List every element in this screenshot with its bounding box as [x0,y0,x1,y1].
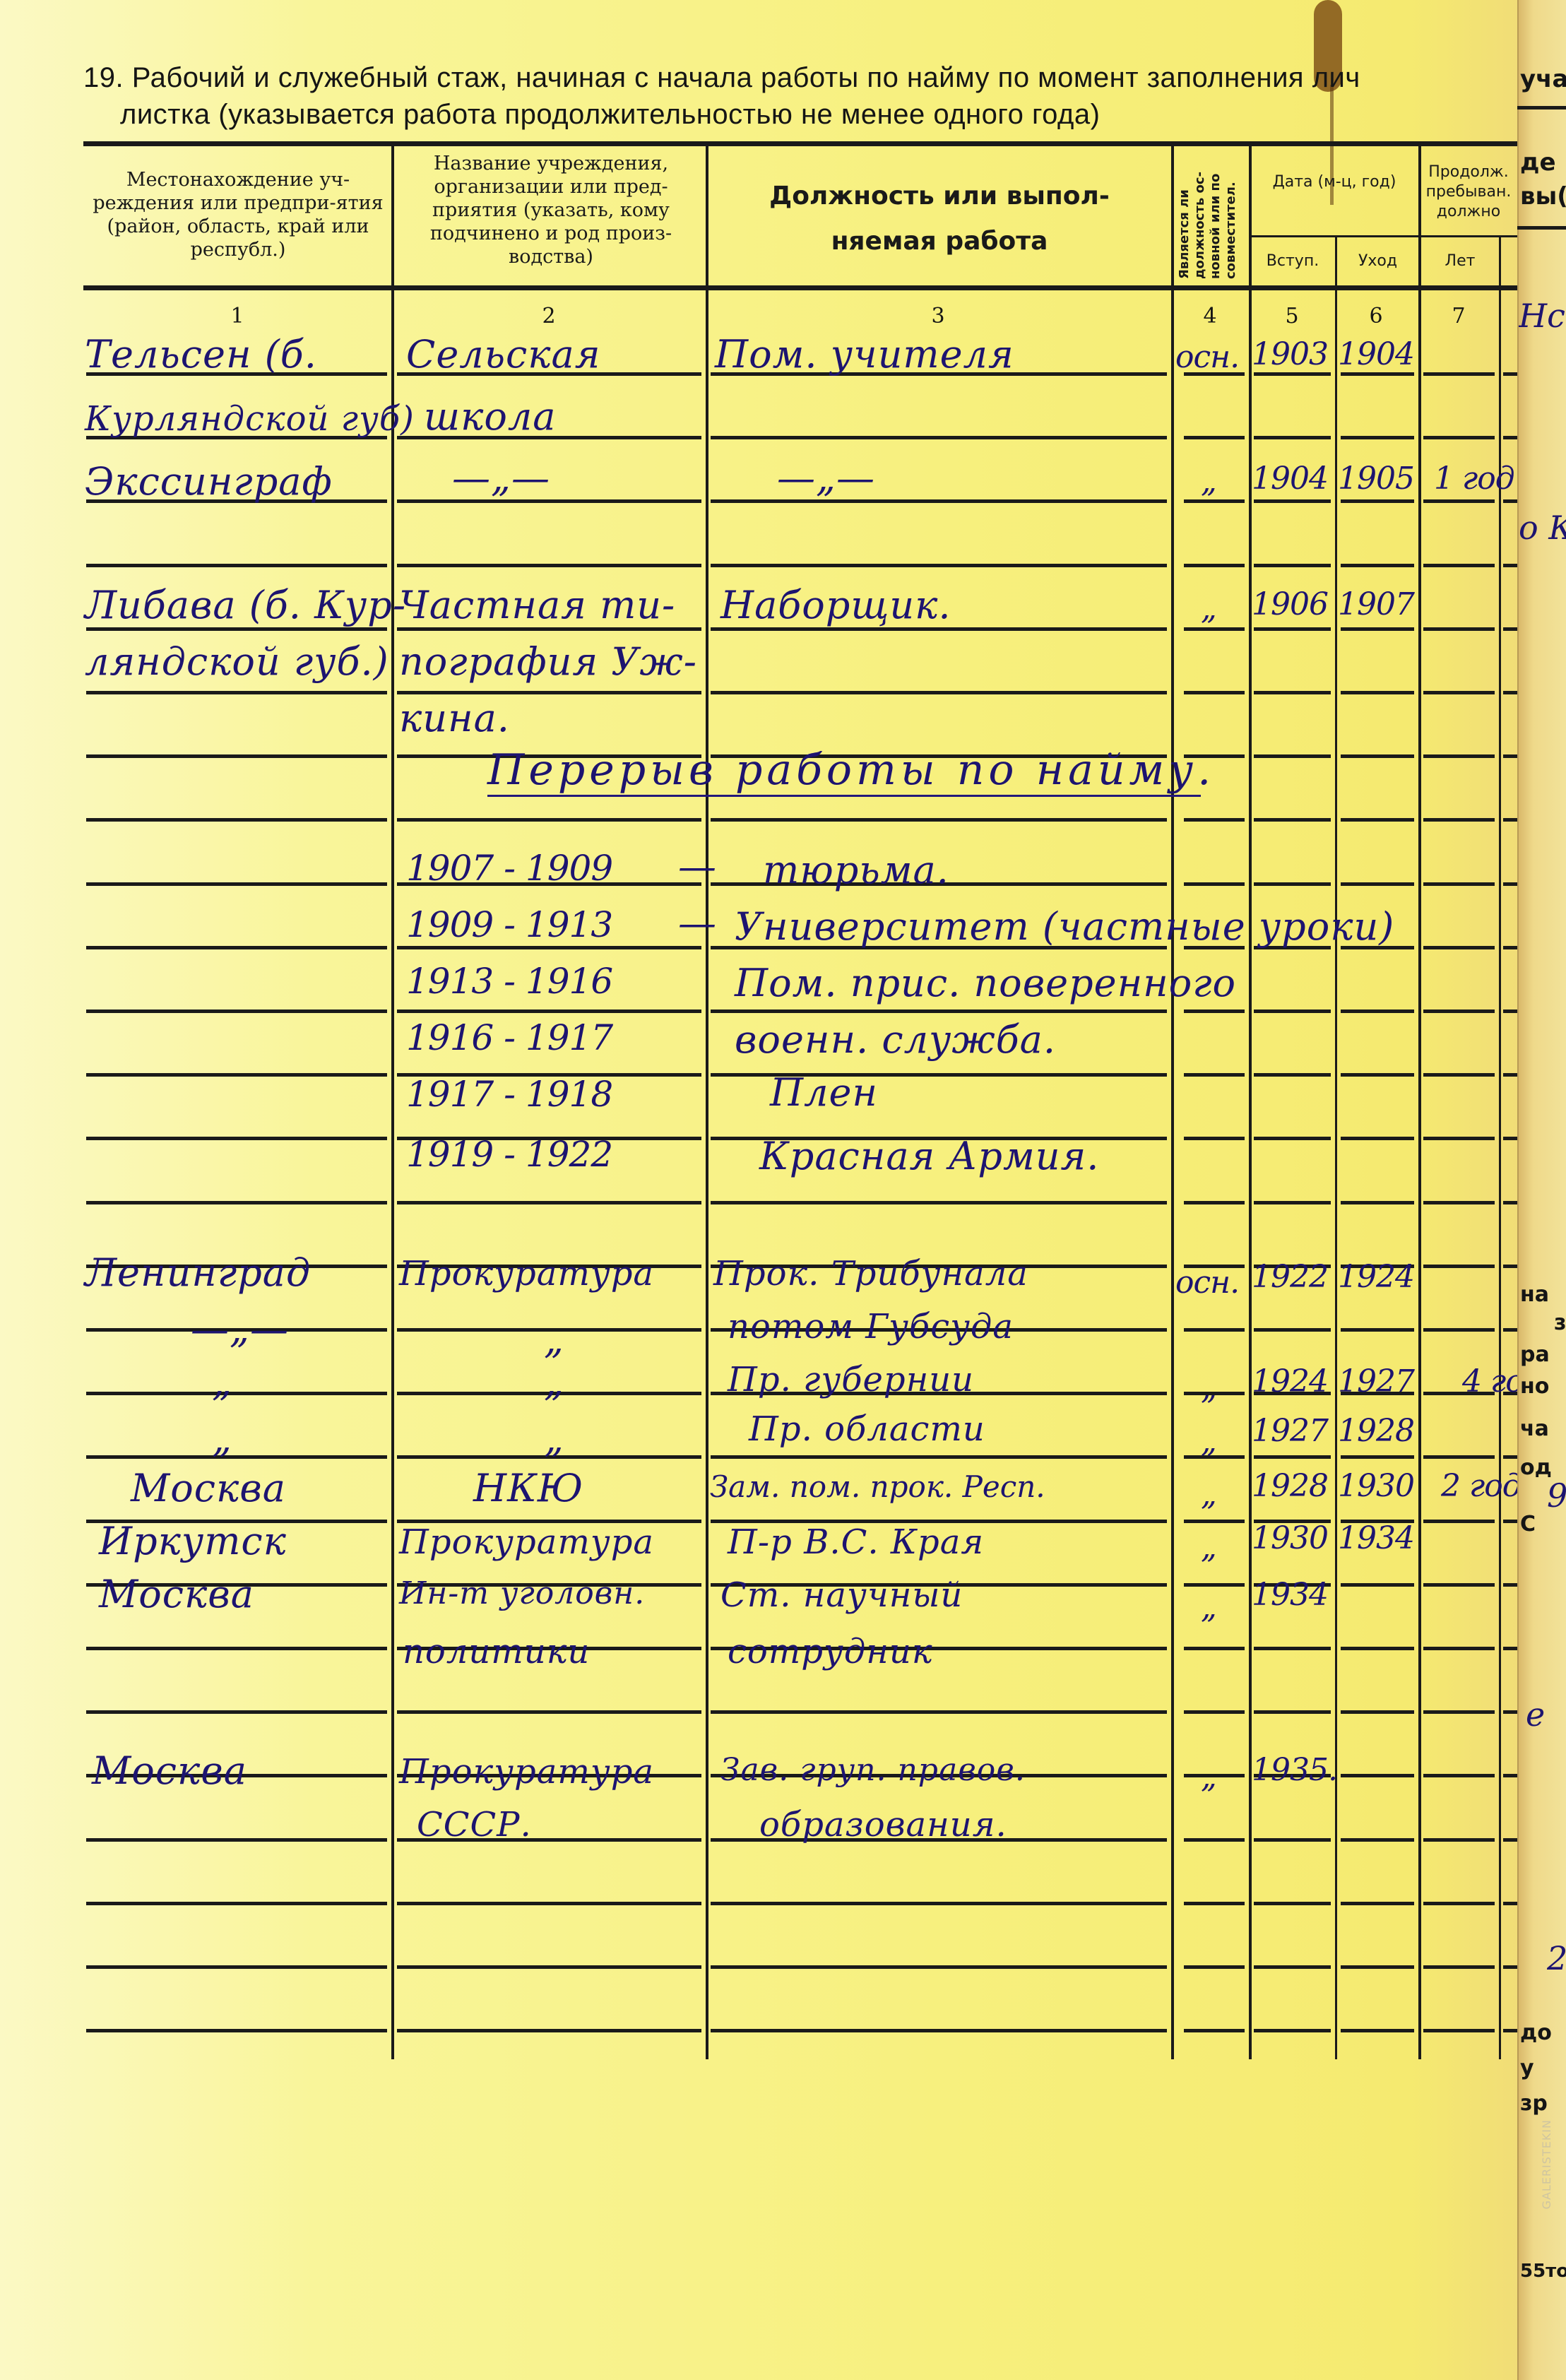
break-dash: — [678,844,717,889]
entry-position: Пр. области [749,1409,985,1449]
row-rule [1254,1965,1331,1969]
row-rule [1254,1201,1331,1204]
entry-org: СССР. [417,1805,532,1845]
column-header-main-or-secondary: Является ли должность ос-новной или по с… [1177,145,1239,279]
entry-place: —„— [191,1307,289,1351]
entry-end: 1928 [1338,1413,1414,1449]
row-rule [1184,1583,1245,1587]
entry-type: „ [1201,591,1216,627]
entry-end: 1934 [1338,1520,1414,1556]
row-rule [86,1710,387,1714]
row-rule [1254,372,1331,376]
entry-type: осн. [1175,339,1239,375]
column-number: 5 [1271,304,1313,328]
row-rule [1503,1902,1517,1905]
adjacent-page-handwriting: о К [1519,509,1566,547]
row-rule [1184,2029,1245,2032]
entry-years: 1 год [1434,461,1517,497]
entry-position: —„— [777,456,875,500]
adjacent-page-handwriting: Нс [1519,297,1566,335]
row-rule [86,1455,387,1459]
row-rule [1254,754,1331,758]
adjacent-page-handwriting: е [1526,1695,1566,1734]
entry-place: Курляндской губ) [85,399,415,439]
entry-position: Зам. пом. прок. Респ. [710,1469,1045,1504]
row-rule [1503,1073,1517,1077]
row-rule [86,2029,387,2032]
row-rule [1503,1965,1517,1969]
row-rule [397,1010,701,1013]
row-rule [397,691,701,694]
entry-org: Прокуратура [399,1254,654,1293]
row-rule [1423,1137,1495,1140]
break-period: 1909 - 1913 [406,904,612,945]
entry-org: „ [544,1318,564,1362]
row-rule [1254,1455,1331,1459]
row-rule [1184,436,1245,439]
row-rule [1184,1073,1245,1077]
entry-start: 1906 [1252,586,1328,622]
section-title-line2: листка (указывается работа продолжительн… [120,99,1100,131]
row-rule [1503,1647,1517,1650]
entry-place: Иркутск [99,1519,287,1563]
row-rule [1341,691,1414,694]
break-heading-underline [487,795,1201,797]
break-period: 1913 - 1916 [406,961,612,1002]
row-rule [86,1137,387,1140]
row-rule [86,1073,387,1077]
column-header-organization: Название учреждения, организации или пре… [403,152,699,268]
column-header-end: Уход [1337,251,1418,271]
adjacent-page-rule [1517,226,1566,230]
column-divider [1418,145,1421,2059]
row-rule [1184,1328,1245,1332]
row-rule [1423,1902,1495,1905]
entry-position: Наборщик. [720,583,951,627]
row-rule [397,1201,701,1204]
row-rule [1184,1710,1245,1714]
entry-position: Ст. научный [720,1575,963,1615]
entry-place: Экссинграф [85,459,333,504]
row-rule [86,627,387,631]
row-rule [1423,1965,1495,1969]
row-rule [1341,754,1414,758]
row-rule [1423,1520,1495,1523]
entry-type: „ [1201,1529,1216,1565]
adjacent-page-fragment: з [1554,1310,1566,1335]
row-rule [1184,1201,1245,1204]
row-rule [86,691,387,694]
row-rule [1503,499,1517,503]
row-rule [1254,1838,1331,1842]
row-rule [1341,436,1414,439]
break-activity: Плен [770,1070,878,1115]
row-rule [1503,1583,1517,1587]
column-header-position: Должность или выпол-няемая работа [735,174,1144,264]
row-rule [711,818,1167,822]
row-rule [1184,691,1245,694]
entry-place: Либава (б. Кур- [85,583,406,627]
row-rule [711,564,1167,567]
row-rule [1254,691,1331,694]
row-rule [1423,2029,1495,2032]
entry-start: 1904 [1252,461,1328,497]
row-rule [1184,1137,1245,1140]
entry-org: Прокуратура [399,1752,654,1792]
row-rule [86,946,387,949]
row-rule [86,1010,387,1013]
column-number: 3 [917,304,959,328]
row-rule [1341,1010,1414,1013]
adjacent-page-fragment: у [1520,2056,1566,2080]
row-rule [397,1902,701,1905]
entry-place: Москва [92,1748,247,1793]
break-period: 1907 - 1909 [406,848,612,889]
row-rule [711,1710,1167,1714]
column-number: 1 [216,304,259,328]
row-rule [1341,1710,1414,1714]
entry-end: 1930 [1338,1468,1414,1504]
entry-start: 1922 [1252,1259,1328,1295]
entry-org: Сельская [406,332,601,377]
row-rule [1423,882,1495,886]
row-rule [86,818,387,822]
row-rule [1254,1137,1331,1140]
entry-place: Ленинград [85,1250,311,1295]
row-rule [397,1965,701,1969]
break-period: 1917 - 1918 [406,1074,612,1115]
row-rule [711,1965,1167,1969]
row-rule [86,1647,387,1650]
watermark: GALERISTEKIN [1540,2119,1553,2209]
entry-place: Москва [131,1466,286,1510]
column-number: 2 [528,304,570,328]
row-rule [1341,1583,1414,1587]
row-rule [1341,1902,1414,1905]
entry-place: Тельсен (б. [85,332,317,377]
column-divider [1171,145,1174,2059]
adjacent-page-header: де ( [1520,148,1566,177]
row-rule [397,627,701,631]
adjacent-page-fragment: ча [1520,1416,1566,1441]
entry-type: „ [1201,1423,1216,1460]
row-rule [1254,2029,1331,2032]
entry-end: 1904 [1338,336,1414,372]
entry-end: 1907 [1338,586,1414,622]
row-rule [1423,1455,1495,1459]
row-rule [1254,1328,1331,1332]
row-rule [1254,1010,1331,1013]
row-rule [1254,499,1331,503]
row-rule [397,946,701,949]
entry-type: осн. [1175,1265,1239,1301]
row-rule [1503,1265,1517,1268]
row-rule [397,564,701,567]
adjacent-page-fragment: 55то [1520,2261,1566,2282]
entry-years: 2 года [1441,1468,1517,1504]
entry-position: образования. [759,1805,1007,1845]
row-rule [1503,1710,1517,1714]
entry-start: 1934 [1252,1577,1328,1613]
adjacent-page-fragment: но [1520,1374,1566,1399]
row-rule [1503,882,1517,886]
entry-position: Зав. груп. правов. [720,1752,1026,1788]
row-rule [1423,1073,1495,1077]
row-rule [1423,1328,1495,1332]
row-rule [1423,436,1495,439]
row-rule [711,1902,1167,1905]
row-rule [1184,499,1245,503]
row-rule [1254,1647,1331,1650]
entry-position: Пом. учителя [715,332,1014,377]
entry-org: „ [544,1416,564,1461]
adjacent-page-fragment: ра [1520,1342,1566,1367]
section-title-line1: 19. Рабочий и служебный стаж, начиная с … [83,62,1360,94]
break-heading: Перерыв работы по найму. [487,745,1215,795]
row-rule [1254,882,1331,886]
column-number: 6 [1355,304,1397,328]
entry-org: —„— [452,456,550,500]
break-activity: Университет (частные уроки) [735,904,1394,949]
row-rule [1423,1201,1495,1204]
row-rule [86,1902,387,1905]
row-rule [397,2029,701,2032]
row-rule [1341,1838,1414,1842]
date-group-header: Дата (м-ц, год) [1250,172,1418,192]
adjacent-page-handwriting: 2 [1547,1939,1566,1977]
row-rule [711,691,1167,694]
entry-start: 1924 [1252,1363,1328,1399]
row-rule [1503,691,1517,694]
row-rule [711,436,1167,439]
row-rule [86,1965,387,1969]
column-number: 7 [1437,304,1480,328]
column-divider [1499,237,1501,2059]
column-divider [706,145,708,2059]
row-rule [1254,1902,1331,1905]
entry-position: потом Губсуда [728,1307,1014,1346]
row-rule [1423,1583,1495,1587]
break-period: 1919 - 1922 [406,1134,612,1175]
duration-group-header: Продолж. пребыван. должно [1421,162,1516,222]
row-rule [1341,564,1414,567]
row-rule [1503,1455,1517,1459]
adjacent-page-fragment: до [1520,2020,1566,2045]
column-header-start: Вступ. [1250,251,1335,271]
adjacent-page-fragment: зр [1520,2091,1566,2116]
row-rule [86,1392,387,1395]
row-rule [1503,372,1517,376]
break-activity: военн. служба. [735,1017,1056,1062]
row-rule [1341,499,1414,503]
entry-org: Ин-т уголовн. [399,1575,645,1611]
entry-place: „ [212,1360,232,1404]
adjacent-page-rule [1517,106,1566,109]
header-bottom-border [83,285,1517,290]
row-rule [1341,1965,1414,1969]
row-rule [1423,564,1495,567]
adjacent-page-header: учас [1520,65,1566,93]
column-number: 4 [1189,304,1231,328]
duration-subheader-line [1418,235,1517,237]
entry-org: политики [403,1632,590,1671]
row-rule [86,564,387,567]
adjacent-page-fragment: С [1520,1512,1566,1537]
entry-end: 1924 [1338,1259,1414,1295]
entry-start: 1927 [1252,1413,1328,1449]
entry-position: сотрудник [728,1632,932,1671]
entry-type: „ [1201,463,1216,499]
row-rule [1503,436,1517,439]
row-rule [1423,372,1495,376]
row-rule [1184,1965,1245,1969]
entry-position: Пр. губернии [728,1360,974,1399]
row-rule [1423,627,1495,631]
entry-position: Прок. Трибунала [713,1254,1028,1293]
break-activity: Красная Армия. [759,1134,1099,1178]
row-rule [1184,882,1245,886]
row-rule [1503,564,1517,567]
row-rule [1341,1201,1414,1204]
row-rule [1423,1010,1495,1013]
table-top-border [83,141,1517,146]
row-rule [1341,372,1414,376]
row-rule [1254,564,1331,567]
adjacent-page-header: вы( [1520,182,1566,211]
row-rule [711,1010,1167,1013]
row-rule [1423,499,1495,503]
row-rule [86,1201,387,1204]
adjacent-page-fragment: на [1520,1282,1566,1307]
row-rule [1184,1647,1245,1650]
row-rule [711,1455,1167,1459]
row-rule [1503,1010,1517,1013]
entry-org: НКЮ [473,1466,583,1510]
entry-place: ляндской губ.) [85,639,389,684]
row-rule [1184,564,1245,567]
row-rule [1503,818,1517,822]
row-rule [1184,1520,1245,1523]
row-rule [86,882,387,886]
date-subheader-line [1249,235,1418,237]
row-rule [1184,1010,1245,1013]
row-rule [1503,1774,1517,1777]
adjacent-page-handwriting: 9 [1547,1476,1566,1515]
row-rule [1503,1328,1517,1332]
row-rule [1184,1838,1245,1842]
row-rule [711,2029,1167,2032]
row-rule [1423,754,1495,758]
row-rule [1423,1647,1495,1650]
row-rule [397,1710,701,1714]
row-rule [1341,2029,1414,2032]
row-rule [1503,627,1517,631]
row-rule [86,754,387,758]
row-rule [1341,882,1414,886]
entry-start: 1935. [1252,1752,1337,1788]
row-rule [1423,1838,1495,1842]
row-rule [1341,1774,1414,1777]
row-rule [711,627,1167,631]
row-rule [1254,436,1331,439]
row-rule [1423,1710,1495,1714]
column-header-location: Местонахождение уч-реждения или предпри-… [86,168,390,261]
entry-org: Прокуратура [399,1522,654,1562]
row-rule [1254,627,1331,631]
row-rule [1503,1520,1517,1523]
entry-end: 1927 [1338,1363,1414,1399]
entry-type: „ [1201,1759,1216,1795]
entry-end: 1905 [1338,461,1414,497]
entry-type: „ [1201,1476,1216,1512]
break-dash: — [678,901,717,945]
row-rule [1503,1137,1517,1140]
entry-org: „ [544,1360,564,1404]
break-activity: Пом. прис. поверенного [735,961,1236,1005]
row-rule [1423,691,1495,694]
row-rule [1184,818,1245,822]
row-rule [1503,946,1517,949]
row-rule [1341,1137,1414,1140]
row-rule [1423,818,1495,822]
row-rule [1254,818,1331,822]
entry-type: „ [1201,1589,1216,1626]
row-rule [397,818,701,822]
column-header-years: Лет [1421,251,1499,271]
entry-org: кина. [399,696,510,740]
row-rule [1503,2029,1517,2032]
break-activity: тюрьма. [763,848,949,892]
entry-org: школа [424,394,557,439]
entry-position: П-р В.С. Края [728,1522,984,1562]
entry-org: пография Уж- [399,639,697,684]
row-rule [1341,1073,1414,1077]
row-rule [1341,818,1414,822]
break-period: 1916 - 1917 [406,1017,612,1058]
row-rule [1254,1073,1331,1077]
row-rule [1254,1710,1331,1714]
entry-years: 4 года [1462,1363,1517,1399]
row-rule [1503,1201,1517,1204]
row-rule [1184,1902,1245,1905]
row-rule [1184,627,1245,631]
entry-type: „ [1201,1370,1216,1407]
entry-place: „ [212,1416,232,1461]
row-rule [1423,946,1495,949]
row-rule [1423,1774,1495,1777]
row-rule [86,1838,387,1842]
entry-place: Москва [99,1572,254,1616]
row-rule [1503,754,1517,758]
row-rule [1341,1455,1414,1459]
entry-start: 1930 [1252,1520,1328,1556]
entry-start: 1928 [1252,1468,1328,1504]
entry-start: 1903 [1252,336,1328,372]
row-rule [1341,1647,1414,1650]
row-rule [1341,627,1414,631]
row-rule [1423,1265,1495,1268]
row-rule [1503,1838,1517,1842]
row-rule [711,1201,1167,1204]
row-rule [1341,1328,1414,1332]
entry-org: Частная ти- [399,583,675,627]
